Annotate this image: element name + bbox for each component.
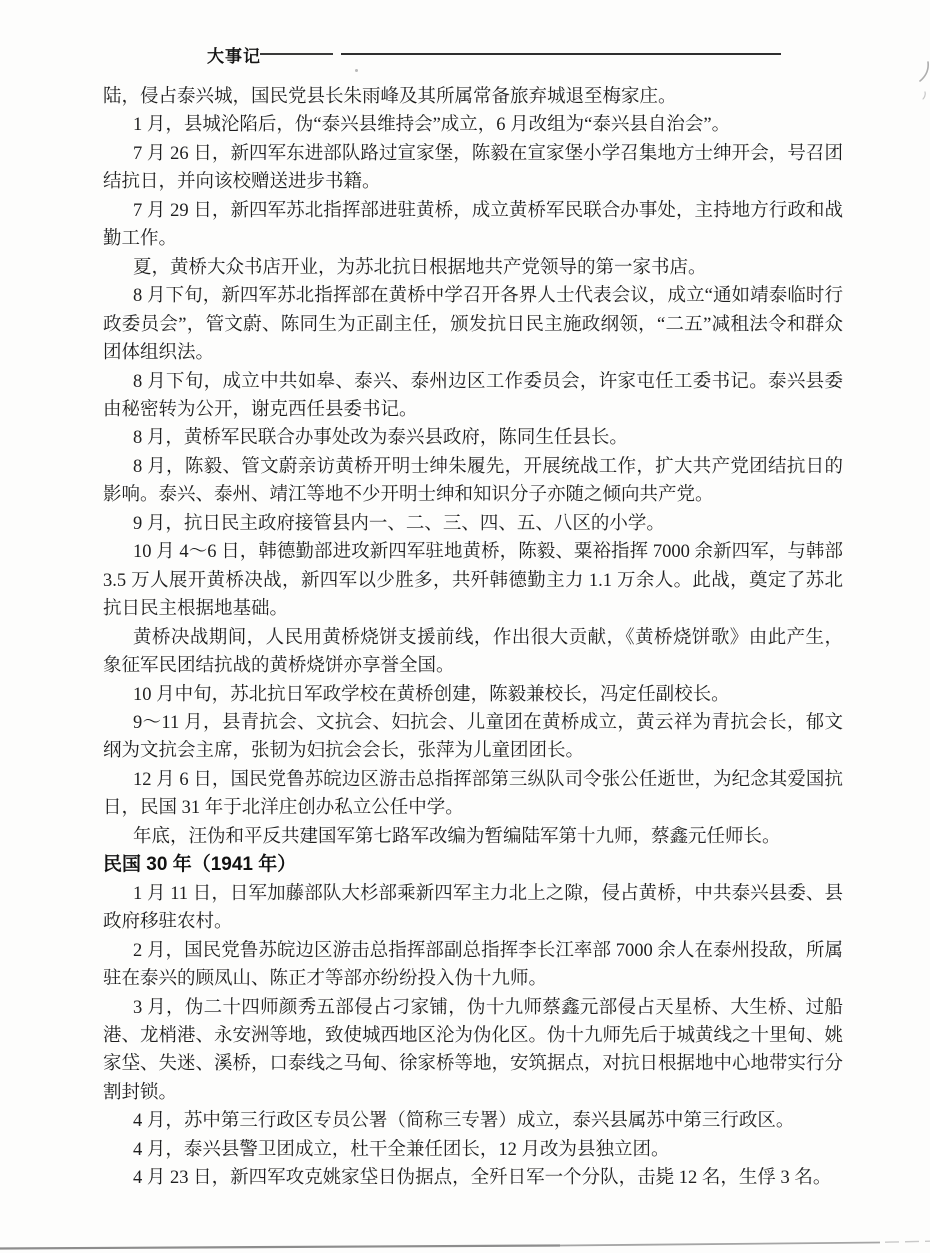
event-paragraph: 9～11 月，县青抗会、文抗会、妇抗会、儿童团在黄桥成立，黄云祥为青抗会长，郁文… (103, 709, 843, 766)
event-paragraph: 8 月，陈毅、管文蔚亲访黄桥开明士绅朱履先，开展统战工作，扩大共产党团结抗日的影… (103, 453, 843, 510)
page-header-title: 大事记 (207, 42, 261, 67)
event-paragraph: 1 月，县城沦陷后，伪“泰兴县维持会”成立，6 月改组为“泰兴县自治会”。 (103, 111, 843, 139)
event-paragraph: 8 月，黄桥军民联合办事处改为泰兴县政府，陈同生任县长。 (103, 424, 843, 452)
event-paragraph: 年底，汪伪和平反共建国军第七路军改编为暂编陆军第十九师，蔡鑫元任师长。 (103, 823, 843, 851)
event-paragraph: 4 月 23 日，新四军攻克姚家垈日伪据点，全歼日军一个分队，击毙 12 名，生… (103, 1164, 843, 1192)
scan-edge-line (0, 1237, 930, 1253)
continuation-paragraph: 陆，侵占泰兴城，国民党县长朱雨峰及其所属常备旅弃城退至梅家庄。 (103, 83, 843, 111)
event-paragraph: 4 月，泰兴县警卫团成立，杜干全兼任团长，12 月改为县独立团。 (103, 1136, 843, 1164)
event-paragraph: 黄桥决战期间，人民用黄桥烧饼支援前线，作出很大贡献，《黄桥烧饼歌》由此产生，象征… (103, 624, 843, 681)
event-paragraph: 7 月 26 日，新四军东进部队路过宣家堡，陈毅在宣家堡小学召集地方士绅开会，号… (103, 140, 843, 197)
event-paragraph: 8 月下旬，成立中共如皋、泰兴、泰州边区工作委员会，许家屯任工委书记。泰兴县委由… (103, 368, 843, 425)
event-paragraph: 10 月 4～6 日，韩德勤部进攻新四军驻地黄桥，陈毅、粟裕指挥 7000 余新… (103, 538, 843, 623)
event-paragraph: 12 月 6 日，国民党鲁苏皖边区游击总指挥部第三纵队司令张公任逝世，为纪念其爱… (103, 766, 843, 823)
event-paragraph: 3 月，伪二十四师颜秀五部侵占刁家铺，伪十九师蔡鑫元部侵占天星桥、大生桥、过船港… (103, 994, 843, 1108)
event-paragraph: 2 月，国民党鲁苏皖边区游击总指挥部副总指挥李长江率部 7000 余人在泰州投敌… (103, 937, 843, 994)
event-paragraph: 7 月 29 日，新四军苏北指挥部进驻黄桥，成立黄桥军民联合办事处，主持地方行政… (103, 197, 843, 254)
chronicle-text-block: 陆，侵占泰兴城，国民党县长朱雨峰及其所属常备旅弃城退至梅家庄。 1 月，县城沦陷… (103, 83, 843, 1193)
header-rule-short (260, 53, 333, 55)
scanned-book-page: 大事记 陆，侵占泰兴城，国民党县长朱雨峰及其所属常备旅弃城退至梅家庄。 1 月，… (0, 0, 930, 1253)
event-paragraph: 10 月中旬，苏北抗日军政学校在黄桥创建，陈毅兼校长，冯定任副校长。 (103, 681, 843, 709)
page-header: 大事记 (0, 40, 930, 70)
event-paragraph: 8 月下旬，新四军苏北指挥部在黄桥中学召开各界人士代表会议，成立“通如靖泰临时行… (103, 282, 843, 367)
event-paragraph: 1 月 11 日，日军加藤部队大杉部乘新四军主力北上之隙，侵占黄桥，中共泰兴县委… (103, 880, 843, 937)
event-paragraph: 4 月，苏中第三行政区专员公署（简称三专署）成立，泰兴县属苏中第三行政区。 (103, 1107, 843, 1135)
scan-corner-mark (916, 60, 930, 102)
year-heading-1941: 民国 30 年（1941 年） (103, 851, 843, 879)
header-rule-long (341, 53, 781, 55)
event-paragraph: 夏，黄桥大众书店开业，为苏北抗日根据地共产党领导的第一家书店。 (103, 254, 843, 282)
scan-speck (355, 69, 358, 72)
event-paragraph: 9 月，抗日民主政府接管县内一、二、三、四、五、八区的小学。 (103, 510, 843, 538)
